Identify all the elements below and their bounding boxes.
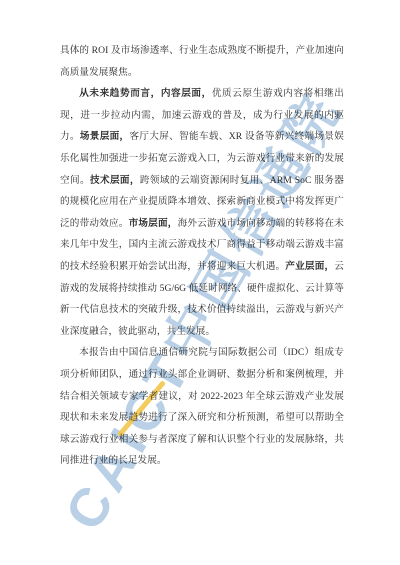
- emphasis-run: 从未来趋势而言，内容层面，: [79, 88, 212, 99]
- report-page: CAICT中国信通院 具体的 ROI 及市场渗透率、行业生态成熟度不断提升，产业…: [0, 0, 400, 565]
- paragraph: 具体的 ROI 及市场渗透率、行业生态成熟度不断提升，产业加速向高质量发展聚焦。: [60, 40, 344, 83]
- emphasis-run: 技术层面，: [90, 175, 140, 186]
- emphasis-run: 场景层面，: [80, 131, 130, 142]
- document-content: 具体的 ROI 及市场渗透率、行业生态成熟度不断提升，产业加速向高质量发展聚焦。…: [60, 40, 344, 472]
- emphasis-run: 产业层面，: [285, 261, 334, 272]
- paragraph: 从未来趋势而言，内容层面，优质云原生游戏内容将相继出现，进一步拉动内需，加速云游…: [60, 83, 344, 342]
- emphasis-run: 市场层面，: [129, 218, 178, 229]
- paragraph: 本报告由中国信息通信研究院与国际数据公司（IDC）组成专项分析师团队，通过行业头…: [60, 342, 344, 472]
- text-run: 具体的 ROI 及市场渗透率、行业生态成熟度不断提升，产业加速向高质量发展聚焦。: [60, 45, 344, 78]
- text-run: 本报告由中国信息通信研究院与国际数据公司（IDC）组成专项分析师团队，通过行业头…: [60, 347, 344, 466]
- text-run: 云游戏的发展将持续推动 5G/6G 低延时网络、硬件虚拟化、云计算等新一代信息技…: [60, 261, 344, 337]
